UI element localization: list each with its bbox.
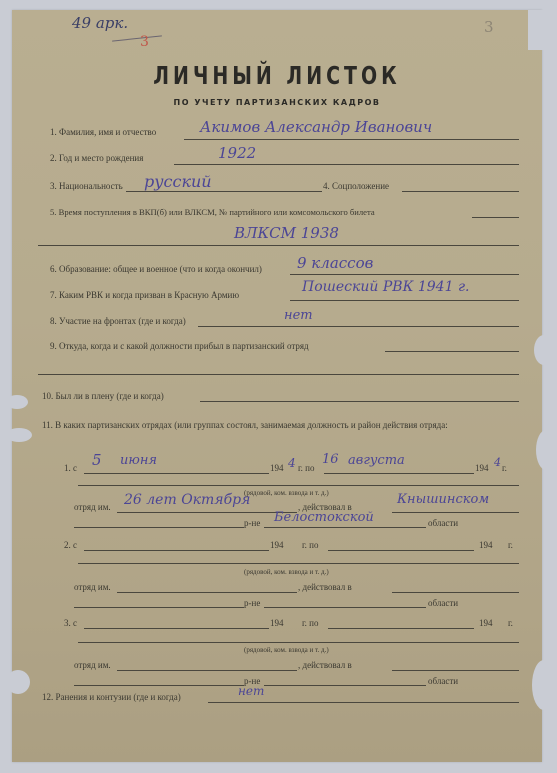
field-line [78,485,519,486]
field-line [198,326,519,327]
field-label-arrival: 9. Откуда, когда и с какой должности при… [50,341,309,351]
field-label-birth: 2. Год и место рождения [50,153,143,163]
det3-position-hint: (рядовой, ком. взвода и т. д.) [244,646,329,654]
det3-unit-label: отряд им. [74,660,111,670]
field-line [84,628,269,629]
field-label-detachments: 11. В каких партизанских отрядах (или гр… [42,418,528,433]
det1-to-year: 194 [475,463,489,473]
torn-edge [534,335,554,365]
field-line [38,245,519,246]
det2-district-label: р-не [244,598,260,608]
annotation-strike [112,35,162,41]
field-line [264,527,426,528]
det2-from-year: 194 [270,540,284,550]
field-line [264,607,426,608]
field-line [392,592,519,593]
field-line [264,685,426,686]
det3-num: 3. с [64,618,77,628]
field-line [328,628,474,629]
det2-region-label: области [428,598,458,608]
field-line [200,401,519,402]
page-subtitle: ПО УЧЕТУ ПАРТИЗАНСКИХ КАДРОВ [12,98,542,107]
field-label-fronts: 8. Участие на фронтах (где и когда) [50,316,186,326]
field-value-name: Акимов Александр Иванович [200,118,432,136]
field-value-birth: 1922 [218,144,256,162]
det1-region: Белостокской [274,510,374,525]
torn-edge [532,660,556,710]
page-title: ЛИЧНЫЙ ЛИСТОК [12,62,542,91]
det1-year-label: г. по [298,463,315,473]
det1-district-label: р-не [244,518,260,528]
det2-year-label: г. по [302,540,319,550]
field-line [117,592,297,593]
det2-unit-label: отряд им. [74,582,111,592]
det1-unit: 26 лет Октября [124,492,250,508]
det1-num: 1. с [64,463,77,473]
field-value-party: ВЛКСМ 1938 [234,224,339,242]
field-value-education: 9 классов [297,254,373,272]
field-line [290,274,519,275]
field-label-social: 4. Соцположение [323,181,389,191]
det1-from-year-digit: 4 [288,456,296,470]
det1-to-month: августа [348,453,405,468]
field-line [184,139,519,140]
field-label-captivity: 10. Был ли в плену (где и когда) [42,391,164,401]
det1-district: Кнышинском [397,492,489,507]
field-label-nationality: 3. Национальность [50,181,123,191]
field-line [84,550,269,551]
field-line [78,642,519,643]
field-line [78,563,519,564]
field-label-education: 6. Образование: общее и военное (что и к… [50,264,262,274]
torn-edge [6,428,32,442]
field-line [174,164,519,165]
det2-to-year: 194 [479,540,493,550]
field-value-nationality: русский [144,172,212,191]
det1-to-day: 16 [322,452,339,467]
field-line [38,374,519,375]
field-line [324,473,474,474]
field-line [392,670,519,671]
field-line [392,512,519,513]
field-line [208,702,519,703]
field-line [74,685,244,686]
field-line [74,607,244,608]
field-label-name: 1. Фамилия, имя и отчество [50,127,156,137]
det1-position-hint: (рядовой, ком. взвода и т. д.) [244,489,329,497]
torn-edge [6,670,30,694]
field-line [84,473,269,474]
det3-year-end: г. [508,618,513,628]
archive-annotation: 49 арк. [72,14,128,32]
det1-from-year: 194 [270,463,284,473]
field-line [385,351,519,352]
field-line [290,300,519,301]
field-line [328,550,474,551]
det3-from-year: 194 [270,618,284,628]
det2-acted-label: , действовал в [298,582,352,592]
field-value-fronts: нет [284,308,313,323]
det1-from-month: июня [120,453,157,468]
det1-to-year-digit: 4 [494,456,501,469]
det3-to-year: 194 [479,618,493,628]
field-line [126,191,322,192]
det3-acted-label: , действовал в [298,660,352,670]
field-line [472,217,519,218]
corner-page-number: 3 [484,18,494,36]
field-value-conscription: Пошеский РВК 1941 г. [302,279,469,295]
red-page-number: 3 [140,34,149,50]
torn-edge [6,395,28,409]
torn-edge [528,10,548,50]
det1-year-end: г. [502,463,507,473]
torn-edge [536,430,556,470]
det3-year-label: г. по [302,618,319,628]
field-line [402,191,519,192]
field-value-wounds: нет [238,684,264,698]
det2-year-end: г. [508,540,513,550]
field-line [117,512,297,513]
det2-position-hint: (рядовой, ком. взвода и т. д.) [244,568,329,576]
field-label-party: 5. Время поступления в ВКП(б) или ВЛКСМ,… [50,207,375,217]
field-line [117,670,297,671]
det1-region-label: области [428,518,458,528]
det3-region-label: области [428,676,458,686]
field-line [74,527,244,528]
field-label-conscription: 7. Каким РВК и когда призван в Красную А… [50,290,239,300]
det1-unit-label: отряд им. [74,502,111,512]
document-page: 49 арк. 3 3 ЛИЧНЫЙ ЛИСТОК ПО УЧЕТУ ПАРТИ… [12,10,542,762]
det1-from-day: 5 [92,451,102,469]
field-label-wounds: 12. Ранения и контузии (где и когда) [42,692,181,702]
det2-num: 2. с [64,540,77,550]
